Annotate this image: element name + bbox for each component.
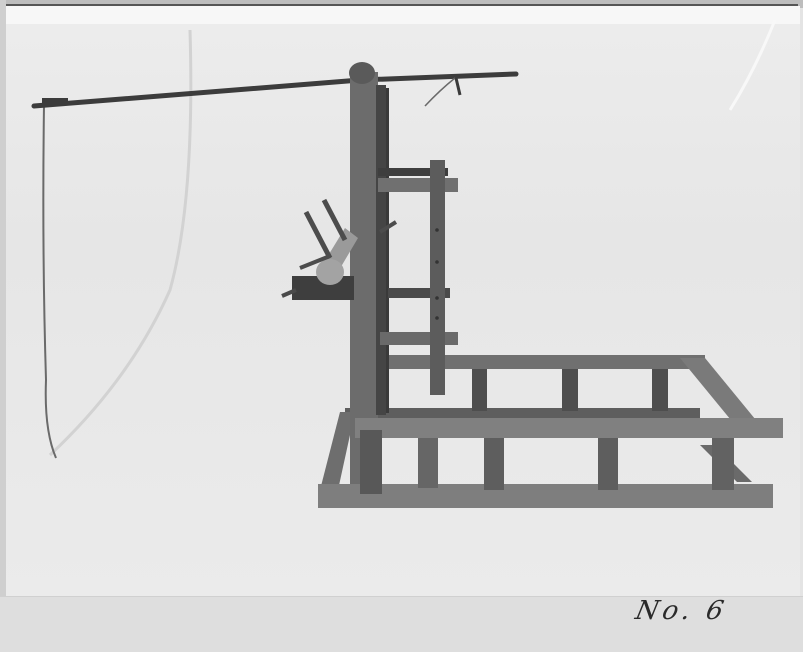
overhead-pole: [34, 74, 516, 106]
rear-top-rail: [380, 355, 705, 369]
pole-tie: [456, 78, 460, 95]
front-post: [418, 438, 438, 488]
hanging-cord: [43, 105, 56, 458]
front-post: [712, 438, 734, 490]
rear-post: [562, 369, 578, 411]
lower-crossbar: [380, 332, 458, 345]
peg-hole: [435, 296, 439, 300]
apparatus-model: [0, 0, 803, 652]
roller-spoke: [324, 200, 345, 240]
roller-spoke: [306, 212, 330, 258]
peg-hole: [435, 228, 439, 232]
pole-end-clamp: [42, 98, 68, 103]
upright-cap: [349, 62, 375, 84]
peg-hole: [435, 316, 439, 320]
peg-hole: [435, 260, 439, 264]
archival-photograph: No. 6: [0, 0, 803, 652]
backdrop-crease: [730, 20, 775, 110]
upright-shadow: [376, 85, 386, 415]
side-rail-left: [320, 412, 355, 490]
rear-post: [472, 369, 487, 411]
upper-crossbar: [378, 178, 458, 192]
front-post: [484, 438, 504, 490]
roller-end: [316, 259, 344, 285]
slotted-post: [430, 160, 445, 395]
rear-post: [652, 369, 668, 411]
handwritten-number-label: No. 6: [633, 596, 730, 626]
front-bottom-rail: [318, 484, 773, 508]
pole-string: [425, 78, 455, 106]
front-post: [360, 430, 382, 494]
front-post: [598, 438, 618, 490]
front-top-rail: [355, 418, 783, 438]
